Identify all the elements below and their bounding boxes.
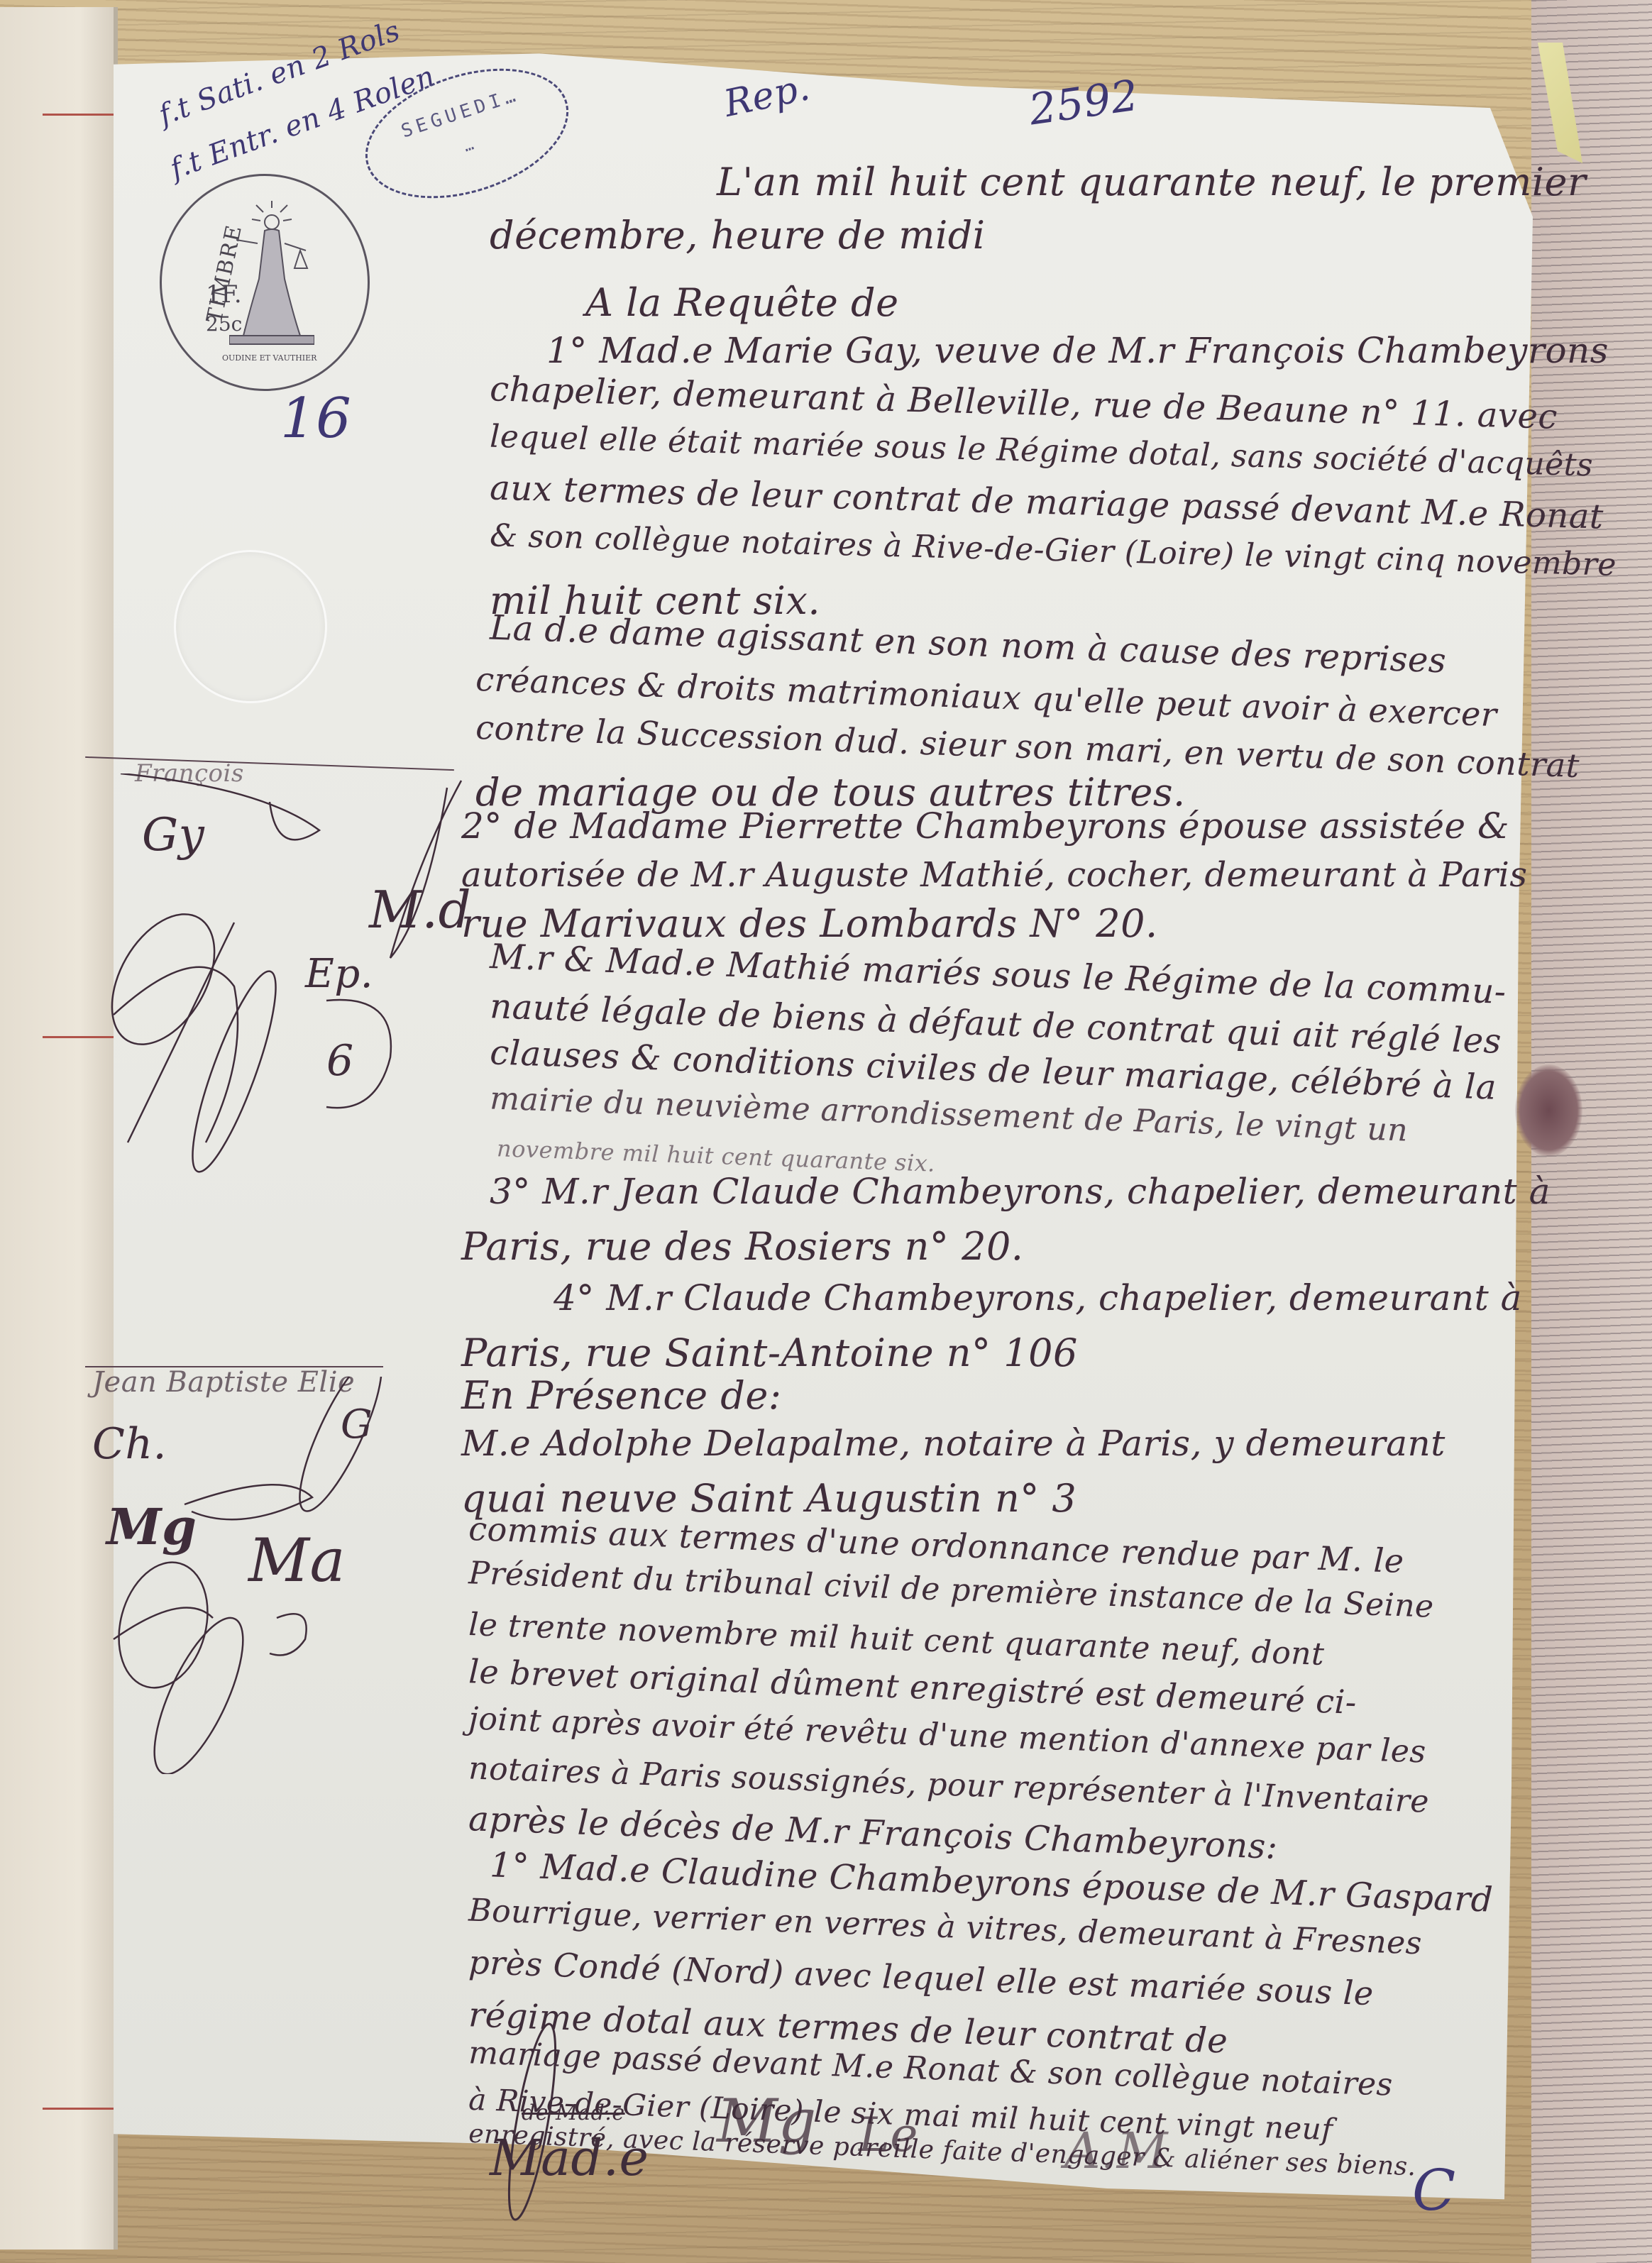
seated-justice-figure-icon: [229, 201, 314, 350]
body-line-26: En Présence de:: [461, 1373, 782, 1418]
bottom-signature: C: [1412, 2157, 1456, 2223]
body-line-2: décembre, heure de midi: [490, 213, 986, 258]
timbre-engraver: OUDINE ET VAUTHIER: [222, 353, 316, 363]
body-line-1: L'an mil huit cent quarante neuf, le pre…: [717, 160, 1586, 204]
body-line-15: autorisée de M.r Auguste Mathié, cocher,…: [461, 855, 1528, 895]
struck-text: de Mad.e: [522, 2100, 625, 2125]
bottom-signature: Le: [859, 2108, 918, 2162]
bottom-signature: Mad.e: [490, 2129, 649, 2187]
body-line-27: M.e Adolphe Delapalme, notaire à Paris, …: [461, 1423, 1445, 1464]
signature-flourishes-lower: [99, 1377, 468, 1774]
bottom-signature: Mg: [717, 2086, 817, 2156]
ink-stain: [1515, 1064, 1582, 1157]
binding-thread: [43, 2108, 114, 2110]
body-line-25: Paris, rue Saint-Antoine n° 106: [461, 1331, 1078, 1375]
body-line-3: A la Requête de: [585, 280, 899, 325]
body-line-4: 1° Mad.e Marie Gay, veuve de M.r Françoi…: [546, 330, 1609, 371]
body-line-22: 3° M.r Jean Claude Chambeyrons, chapelie…: [490, 1171, 1551, 1212]
body-line-24: 4° M.r Claude Chambeyrons, chapelier, de…: [554, 1277, 1522, 1318]
timbre-fiscal-stamp: TIMBRE 1F. 25c. OUDINE ET VAUTHIER: [160, 174, 370, 391]
bottom-signature: A.M: [1064, 2122, 1168, 2180]
signature-flourishes-upper: [92, 773, 554, 1341]
binding-thread: [43, 114, 114, 116]
embossed-dry-seal: [174, 550, 327, 703]
body-line-14: 2° de Madame Pierrette Chambeyrons épous…: [461, 805, 1509, 847]
folio-number: 16: [280, 387, 351, 451]
